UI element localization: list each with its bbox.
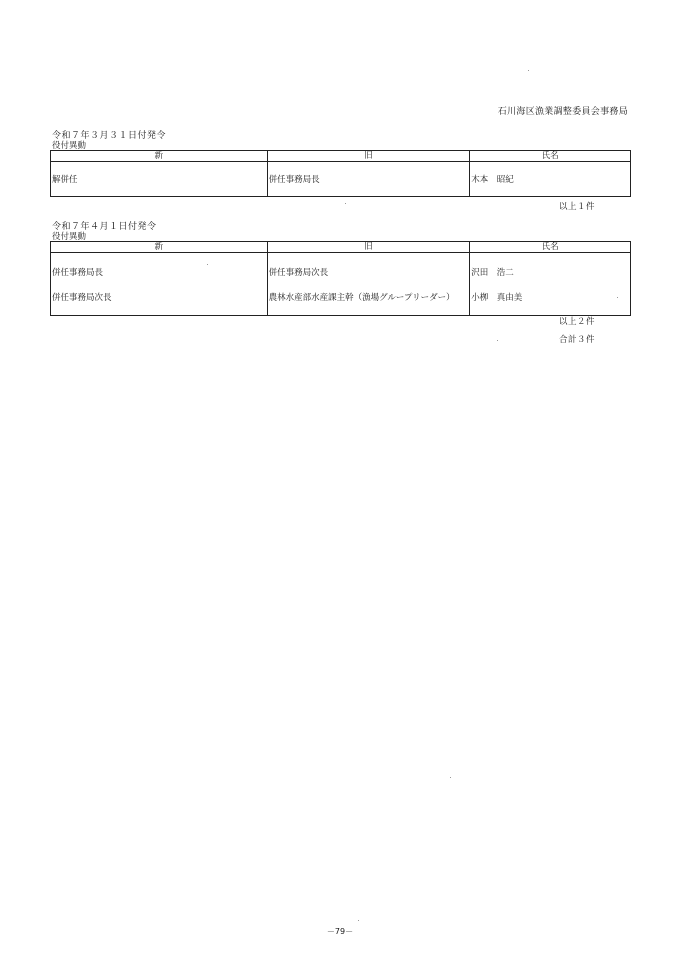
- column-header-old: 旧: [267, 151, 470, 162]
- column-header-old: 旧: [267, 242, 470, 253]
- cell-new: 解併任: [51, 162, 268, 197]
- section-1-subtotal: 以上１件: [559, 200, 595, 212]
- scan-speck: [497, 340, 498, 341]
- organization-name: 石川海区漁業調整委員会事務局: [498, 104, 628, 117]
- cell-new: 併任事務局長: [51, 253, 268, 288]
- cell-name: 木本 昭紀: [470, 162, 631, 197]
- cell-new: 併任事務局次長: [51, 287, 268, 316]
- scan-speck: [528, 70, 529, 71]
- scan-speck: [450, 777, 451, 778]
- table-header-row: 新 旧 氏名: [51, 151, 631, 162]
- column-header-name: 氏名: [470, 242, 631, 253]
- cell-name: 小栁 真由美: [470, 287, 631, 316]
- cell-name: 沢田 浩二: [470, 253, 631, 288]
- cell-old: 併任事務局次長: [267, 253, 470, 288]
- scan-speck: [207, 264, 208, 265]
- scan-speck: [358, 920, 359, 921]
- scan-speck: [617, 297, 618, 298]
- section-1-table: 新 旧 氏名 解併任 併任事務局長 木本 昭紀: [50, 150, 631, 197]
- section-2-table: 新 旧 氏名 併任事務局長 併任事務局次長 沢田 浩二 併任事務局次長 農林水産…: [50, 241, 631, 316]
- page-number: －79－: [0, 926, 680, 937]
- cell-old: 農林水産部水産課主幹（漁場グループリーダー）: [267, 287, 470, 316]
- table-header-row: 新 旧 氏名: [51, 242, 631, 253]
- table-row: 併任事務局長 併任事務局次長 沢田 浩二: [51, 253, 631, 288]
- grand-total: 合計３件: [559, 333, 595, 345]
- table-row: 解併任 併任事務局長 木本 昭紀: [51, 162, 631, 197]
- table-row: 併任事務局次長 農林水産部水産課主幹（漁場グループリーダー） 小栁 真由美: [51, 287, 631, 316]
- scan-speck: [345, 203, 346, 204]
- cell-old: 併任事務局長: [267, 162, 470, 197]
- column-header-name: 氏名: [470, 151, 631, 162]
- column-header-new: 新: [51, 151, 268, 162]
- column-header-new: 新: [51, 242, 268, 253]
- section-2-subtotal: 以上２件: [559, 315, 595, 327]
